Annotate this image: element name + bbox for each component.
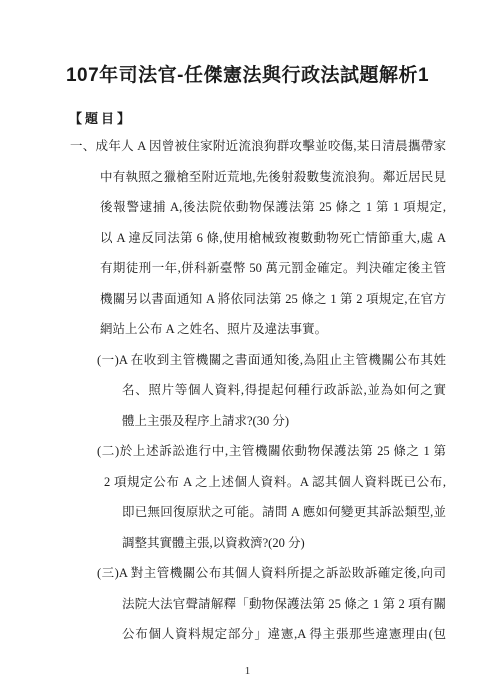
question-line: 公布個人資料規定部分」違憲,A 得主張那些違憲理由(包	[122, 619, 446, 650]
section-heading-question: 【題目】	[69, 108, 133, 127]
question-line: 網站上公布 A 之姓名、照片及違法事實。	[100, 314, 446, 345]
question-body: 一、成年人 A 因曾被住家附近流浪狗群攻擊並咬傷,某日清晨攜帶家 中有執照之獵槍…	[70, 131, 446, 650]
question-line: 一、成年人 A 因曾被住家附近流浪狗群攻擊並咬傷,某日清晨攜帶家	[70, 131, 446, 162]
question-line: 中有執照之獵槍至附近荒地,先後射殺數隻流浪狗。鄰近居民見	[100, 162, 446, 193]
question-line: 體上主張及程序上請求?(30 分)	[122, 406, 446, 437]
question-line: 即已無回復原狀之可能。請問 A 應如何變更其訴訟類型,並	[122, 497, 446, 528]
page-number: 1	[0, 665, 495, 677]
page-title: 107年司法官-任傑憲法與行政法試題解析1	[0, 60, 495, 87]
question-line: 名、照片等個人資料,得提起何種行政訴訟,並為如何之實	[122, 375, 446, 406]
question-line: 以 A 違反同法第 6 條,使用槍械致複數動物死亡情節重大,處 A	[100, 223, 446, 254]
question-line-sub-item-3: (三)A 對主管機關公布其個人資料所提之訴訟敗訴確定後,向司	[97, 558, 446, 589]
question-line: 機關另以書面通知 A 將依同法第 25 條之 1 第 2 項規定,在官方	[100, 284, 446, 315]
question-line: 法院大法官聲請解釋「動物保護法第 25 條之 1 第 2 項有關	[122, 589, 446, 620]
question-line: 2 項規定公布 A 之上述個人資料。A 認其個人資料既已公布,	[104, 467, 446, 498]
question-line-sub-item-2: (二)於上述訴訟進行中,主管機關依動物保護法第 25 條之 1 第	[97, 436, 446, 467]
document-page: 107年司法官-任傑憲法與行政法試題解析1 【題目】 一、成年人 A 因曾被住家…	[0, 0, 495, 700]
question-line-sub-item-1: (一)A 在收到主管機關之書面通知後,為阻止主管機關公布其姓	[97, 345, 446, 376]
question-line: 調整其實體主張,以資救濟?(20 分)	[122, 528, 446, 559]
question-line: 有期徒刑一年,併科新臺幣 50 萬元罰金確定。判決確定後主管	[100, 253, 446, 284]
question-line: 後報警逮捕 A,後法院依動物保護法第 25 條之 1 第 1 項規定,	[100, 192, 446, 223]
